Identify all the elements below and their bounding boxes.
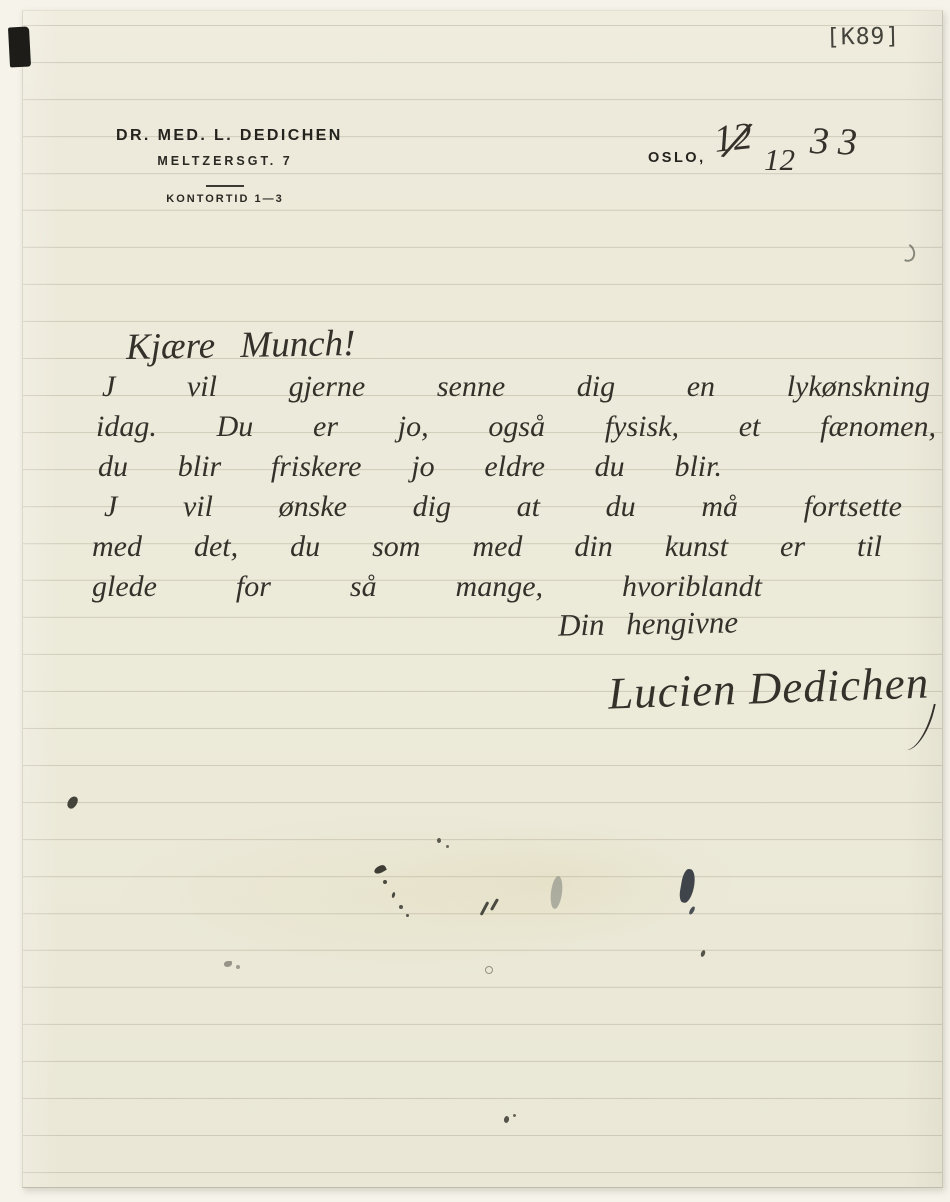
closing-phrase: Din hengivne xyxy=(558,604,739,643)
scan-corner-mark xyxy=(8,26,31,67)
ink-stain xyxy=(513,1114,516,1117)
salutation: Kjære Munch! xyxy=(126,322,356,369)
body-line: du blir friskere jo eldre du blir. xyxy=(98,452,722,482)
scanned-letter-page: [K89] DR. MED. L. DEDICHEN MELTZERSGT. 7… xyxy=(0,0,950,1202)
ink-stain xyxy=(446,845,449,848)
ink-stain xyxy=(485,966,493,974)
ink-stain xyxy=(383,880,387,884)
date-month: 12 xyxy=(764,142,795,178)
ink-stain xyxy=(406,914,409,917)
letterhead-doctor-name: DR. MED. L. DEDICHEN xyxy=(116,127,334,145)
date-year: 33 xyxy=(809,119,867,165)
letterhead-address: MELTZERSGT. 7 xyxy=(116,154,334,168)
body-line: J vil gjerne senne dig en lykønskning xyxy=(102,372,930,402)
body-line: idag. Du er jo, også fysisk, et fænomen, xyxy=(96,412,936,442)
letterhead-office-hours: KONTORTID 1—3 xyxy=(116,193,334,205)
letterhead-city: OSLO, xyxy=(648,150,706,166)
letterhead-divider xyxy=(206,185,244,187)
body-line: J vil ønske dig at du må fortsette xyxy=(104,492,902,522)
ink-stain xyxy=(437,838,441,843)
catalog-annotation: [K89] xyxy=(826,23,901,50)
body-line: glede for så mange, hvoriblandt xyxy=(92,572,762,602)
body-line: med det, du som med din kunst er til xyxy=(92,532,882,562)
ink-stain xyxy=(399,905,403,909)
ink-stain xyxy=(236,965,240,969)
